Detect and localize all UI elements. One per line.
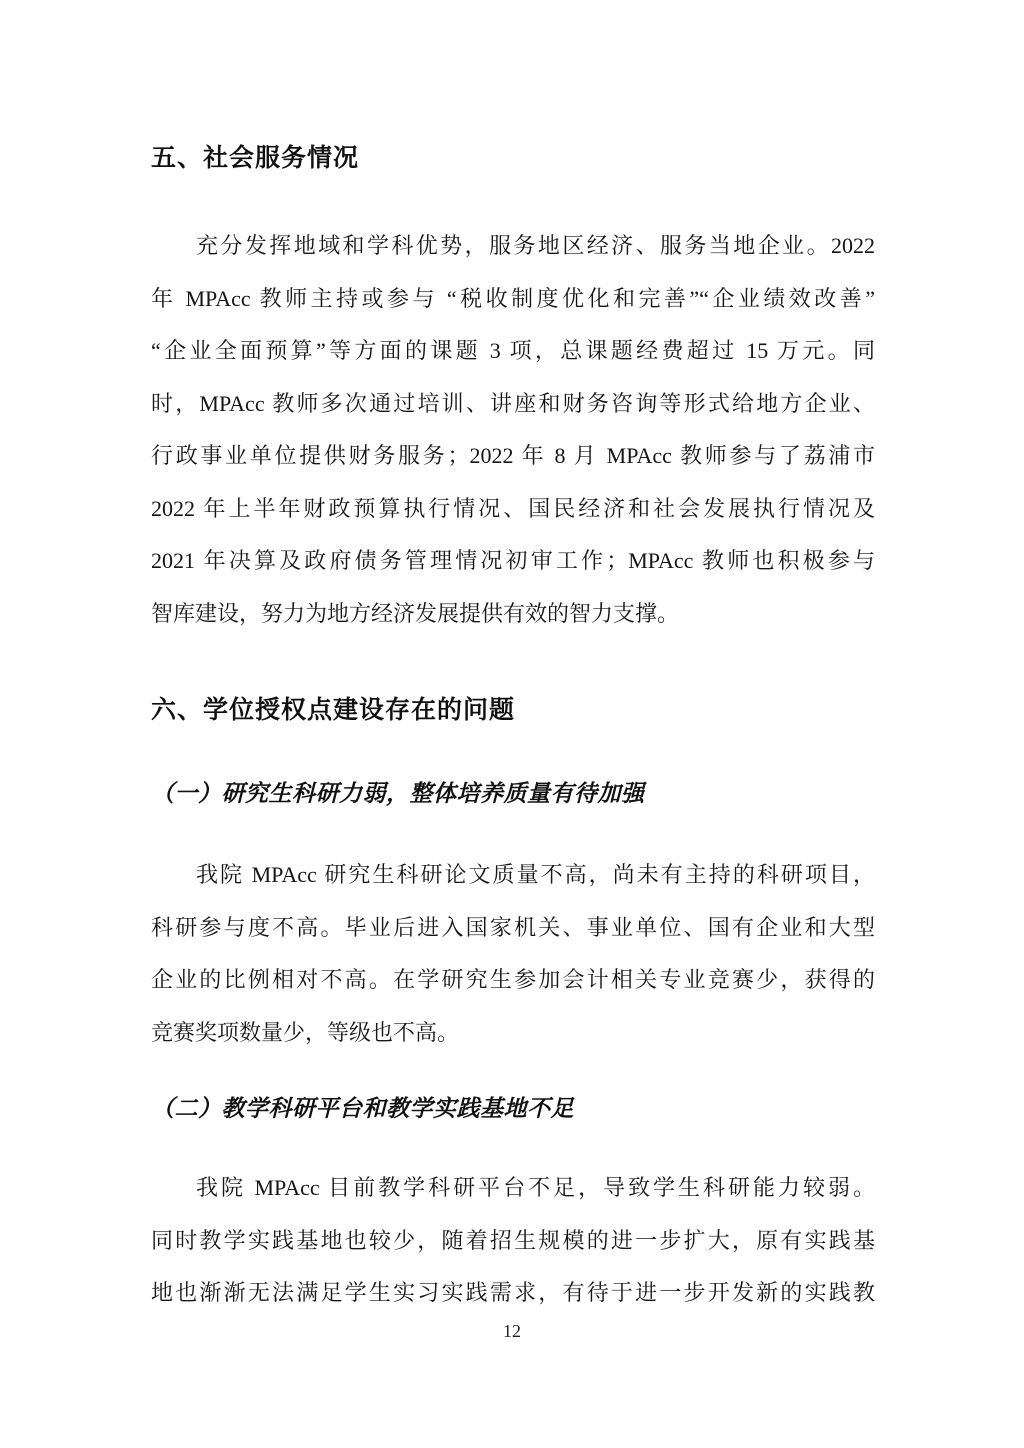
text-line: 年 MPAcc 教师主持或参与 “税收制度优化和完善”“企业绩效改善” [151,273,875,326]
section-heading-problems: 六、学位授权点建设存在的问题 [151,695,875,725]
text-line: 企业的比例相对不高。在学研究生参加会计相关专业竞赛少，获得的 [151,954,875,1007]
document-page: 五、社会服务情况 充分发挥地域和学科优势，服务地区经济、服务当地企业。2022 … [0,0,1024,1448]
text-line: 地也渐渐无法满足学生实习实践需求，有待于进一步开发新的实践教 [151,1267,875,1320]
page-number: 12 [0,1320,1024,1342]
text-line: 2021 年决算及政府债务管理情况初审工作；MPAcc 教师也积极参与 [151,535,875,588]
text-line: 我院 MPAcc 研究生科研论文质量不高，尚未有主持的科研项目， [151,849,875,902]
text-line: 智库建设，努力为地方经济发展提供有效的智力支撑。 [151,588,875,641]
paragraph-research-weak: 我院 MPAcc 研究生科研论文质量不高，尚未有主持的科研项目， 科研参与度不高… [151,849,875,1059]
text-line: 时，MPAcc 教师多次通过培训、讲座和财务咨询等形式给地方企业、 [151,378,875,431]
text-line: 2022 年上半年财政预算执行情况、国民经济和社会发展执行情况及 [151,483,875,536]
text-line: 竞赛奖项数量少，等级也不高。 [151,1007,875,1060]
subheading-platform-lack: （二）教学科研平台和教学实践基地不足 [151,1095,875,1123]
text-line: 我院 MPAcc 目前教学科研平台不足，导致学生科研能力较弱。 [151,1162,875,1215]
text-line: 同时教学实践基地也较少，随着招生规模的进一步扩大，原有实践基 [151,1215,875,1268]
subheading-research-weak: （一）研究生科研力弱，整体培养质量有待加强 [151,780,875,808]
paragraph-platform-lack: 我院 MPAcc 目前教学科研平台不足，导致学生科研能力较弱。 同时教学实践基地… [151,1162,875,1320]
paragraph-social-service: 充分发挥地域和学科优势，服务地区经济、服务当地企业。2022 年 MPAcc 教… [151,220,875,640]
section-heading-social-service: 五、社会服务情况 [151,143,875,173]
text-line: 充分发挥地域和学科优势，服务地区经济、服务当地企业。2022 [151,220,875,273]
text-line: 科研参与度不高。毕业后进入国家机关、事业单位、国有企业和大型 [151,902,875,955]
text-line: 行政事业单位提供财务服务；2022 年 8 月 MPAcc 教师参与了荔浦市 [151,430,875,483]
text-line: “企业全面预算”等方面的课题 3 项，总课题经费超过 15 万元。同 [151,325,875,378]
